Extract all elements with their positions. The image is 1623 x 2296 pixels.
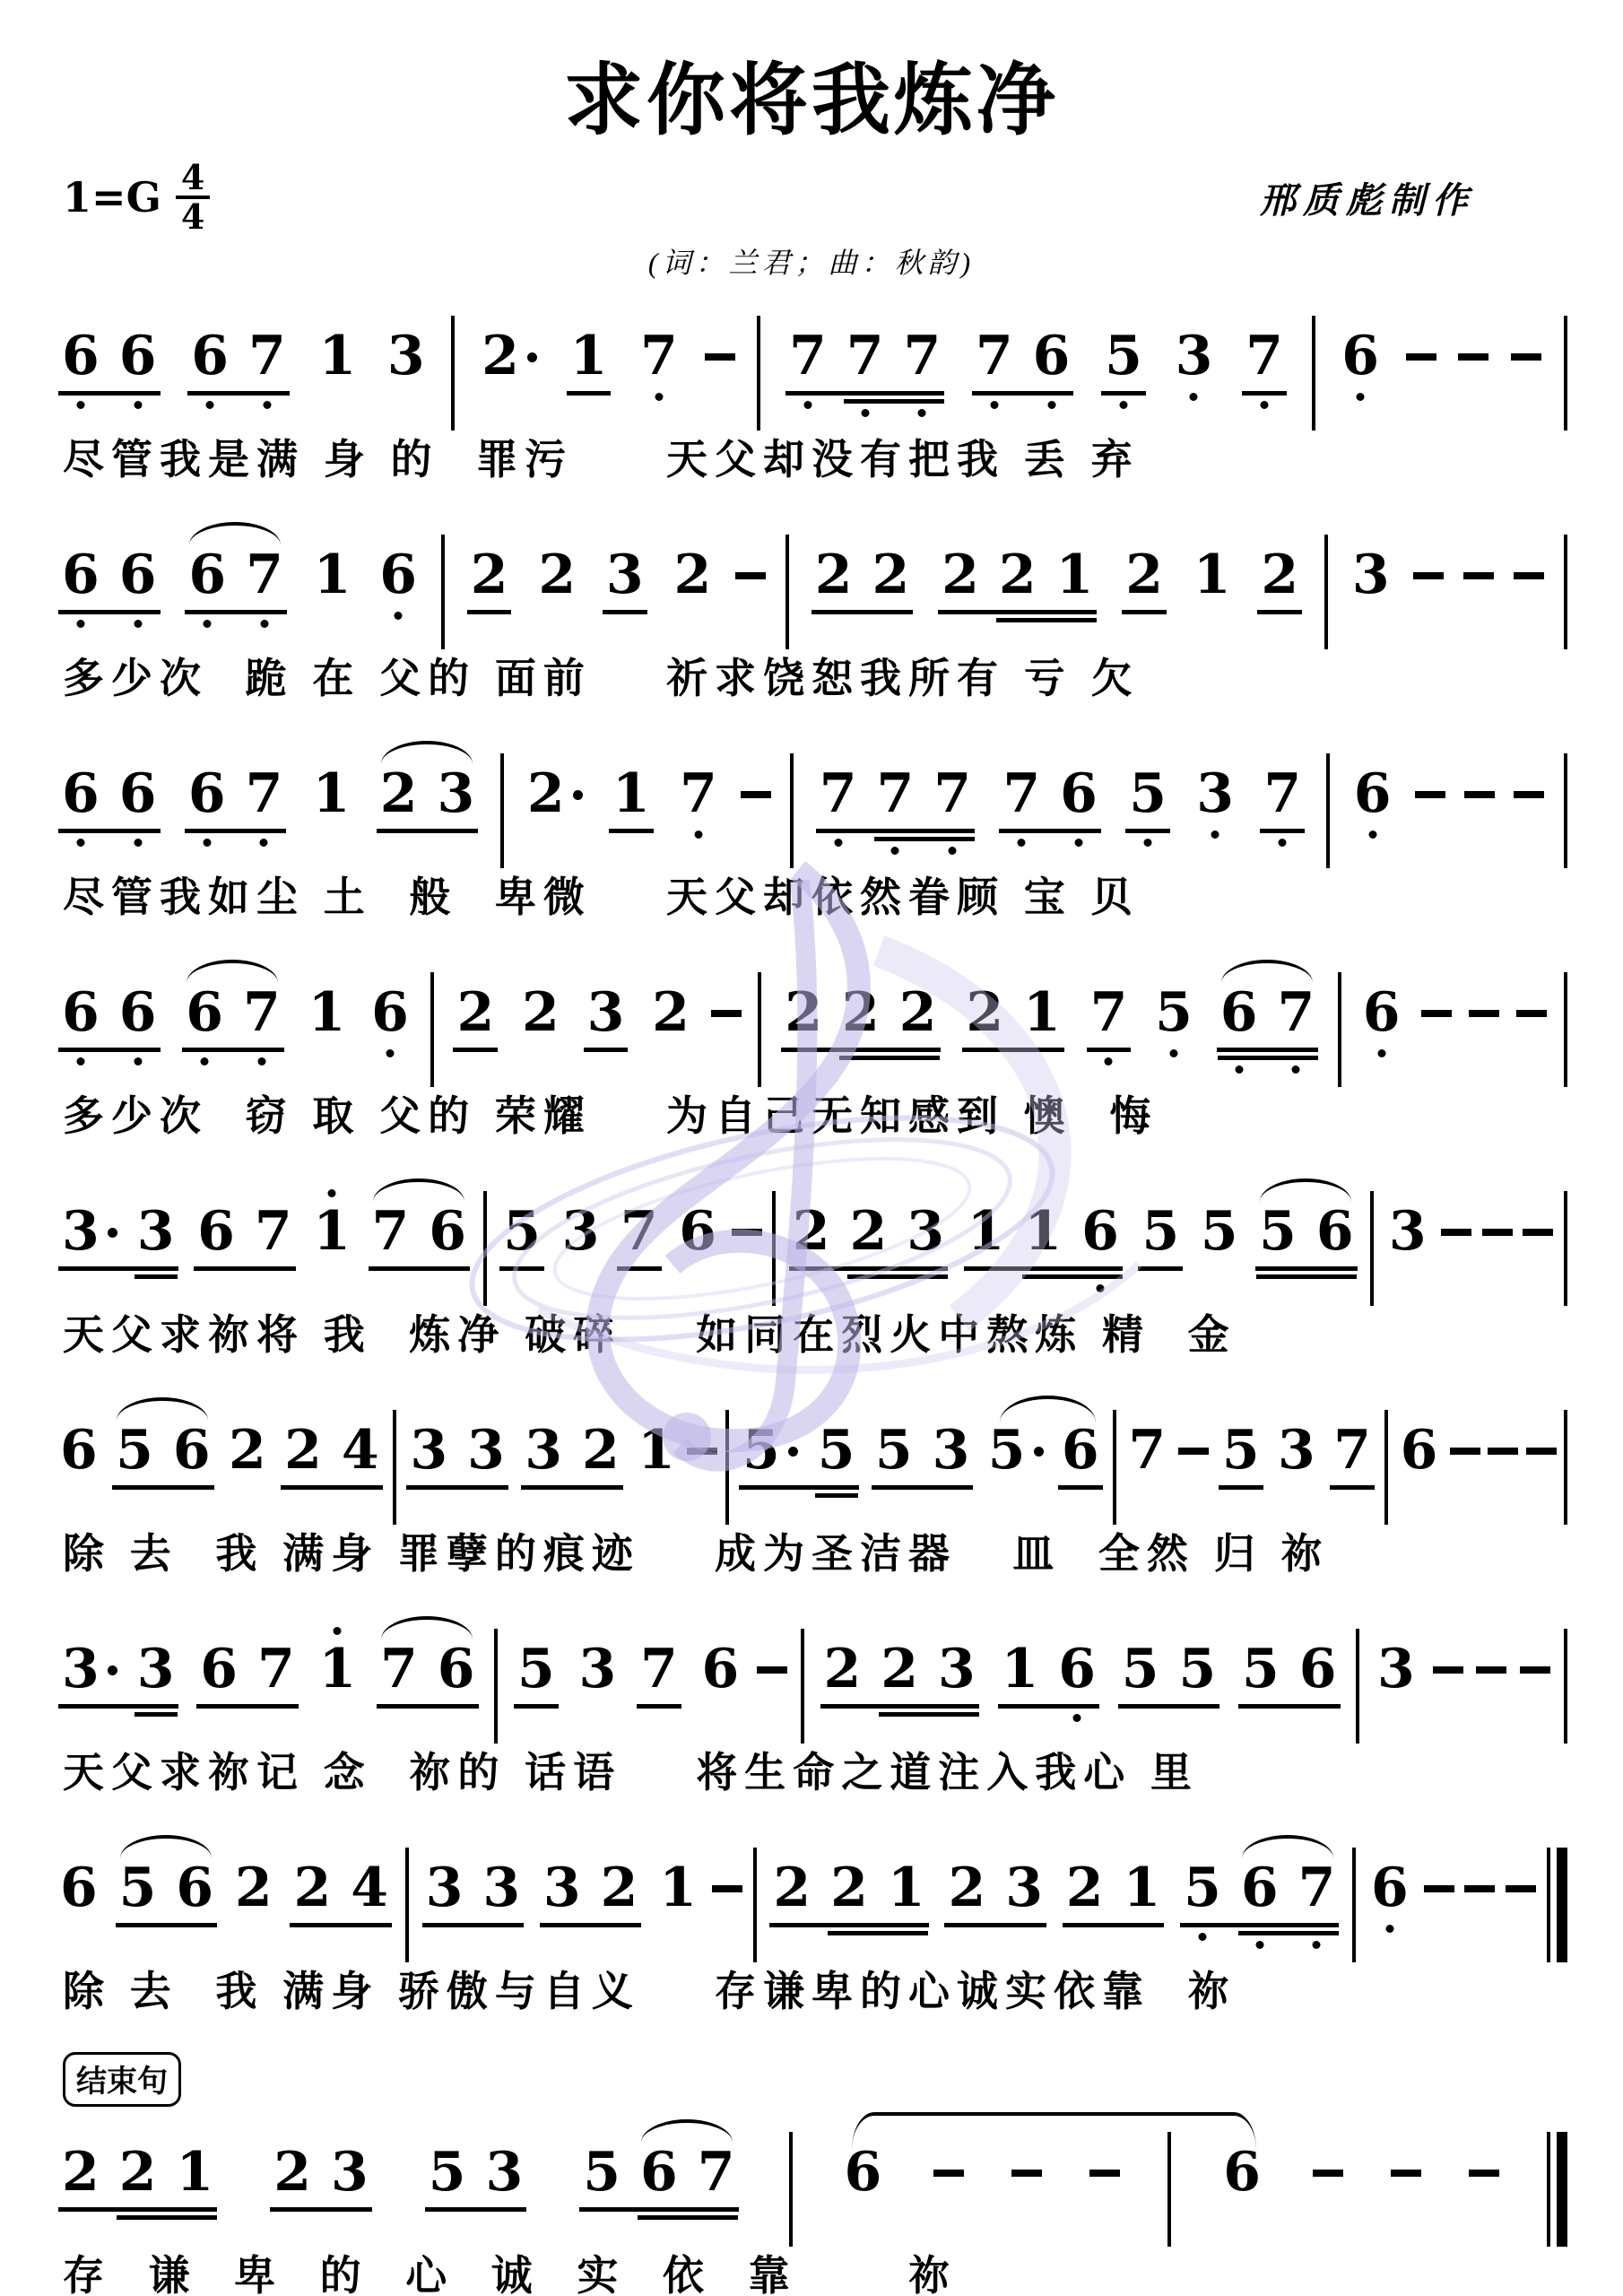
- barline: [1564, 1410, 1567, 1525]
- duration-dash: [1011, 2170, 1042, 2177]
- note: 5: [513, 1641, 560, 1699]
- slur-arc: [187, 960, 278, 983]
- note-digit: 6: [702, 1641, 740, 1699]
- score-line: 666713217777765376尽管我是满 身 的 罪污 天父却没有把我 丢…: [0, 296, 1623, 484]
- octave-dot-low: [1073, 1714, 1081, 1722]
- note: 7: [1241, 328, 1288, 386]
- note-group: 76: [374, 1641, 482, 1699]
- note: 1: [883, 1860, 930, 1918]
- barline: [1338, 972, 1341, 1087]
- octave-dot-low: [1357, 393, 1365, 401]
- barline: [757, 316, 760, 430]
- score-line: 6667123217777765376尽管我如尘 土 般 卑微 天父却依然眷顾 …: [0, 734, 1623, 922]
- note-digit: 2: [527, 766, 565, 823]
- octave-dot-low: [1047, 401, 1055, 409]
- beam-line-16th: [828, 1931, 928, 1935]
- barline: [1312, 316, 1315, 430]
- note-group: 5: [497, 1204, 547, 1261]
- note: 2: [577, 1422, 624, 1480]
- barline: [789, 2132, 793, 2247]
- beam-line: [1087, 1048, 1132, 1052]
- note-digit: 7: [698, 2144, 735, 2202]
- lyrics-line: 多少次 跪 在 父的 面前 祈求饶恕我所有 亏 欠: [63, 653, 1567, 703]
- beam-line-16th: [638, 2215, 738, 2220]
- octave-dot-low: [918, 409, 926, 417]
- augmentation-dot: [108, 1665, 117, 1675]
- beam-line: [422, 1923, 525, 1927]
- note: 3: [1373, 1641, 1419, 1699]
- barline: [1370, 1191, 1374, 1306]
- note-digit: 3: [587, 985, 625, 1042]
- note-group: 66: [56, 985, 163, 1042]
- final-barline-thin: [1547, 2132, 1550, 2247]
- beam-line: [944, 1923, 1046, 1927]
- note-digit: 7: [680, 766, 717, 823]
- note: 1: [308, 766, 355, 823]
- beam-line-16th: [844, 399, 944, 404]
- note-digit: 7: [380, 1641, 418, 1699]
- beam-line: [194, 1266, 296, 1271]
- note-group: 32: [518, 1422, 626, 1480]
- note: 6: [1077, 1204, 1124, 1261]
- note-digit: 6: [186, 985, 223, 1042]
- note-digit: 2: [830, 1860, 868, 1918]
- note-digit: 3: [938, 1641, 976, 1699]
- note: 2: [224, 1422, 271, 1480]
- note-digit: 3: [137, 1641, 175, 1699]
- beam-line: [998, 1704, 1100, 1709]
- note: 6: [1057, 1422, 1104, 1480]
- beam-line-16th: [1256, 1274, 1357, 1279]
- note-group: 3: [581, 985, 631, 1042]
- note-digit: 1: [659, 1860, 697, 1918]
- beam-line: [1125, 829, 1170, 833]
- note-group: 76: [996, 766, 1104, 823]
- note-digit: 6: [1241, 1860, 1279, 1918]
- note-digit: 6: [429, 1204, 466, 1261]
- note-digit: 6: [1299, 1641, 1337, 1699]
- note: 2: [895, 985, 942, 1042]
- note: 1: [314, 328, 360, 386]
- note: 7: [785, 328, 831, 386]
- note-group: 23: [267, 2144, 375, 2202]
- beam-line: [567, 391, 612, 396]
- note-digit: 3: [1196, 766, 1234, 823]
- duration-dash: [1469, 1010, 1499, 1017]
- note-digit: 2: [966, 985, 1003, 1042]
- note: 5: [1175, 1641, 1221, 1699]
- duration-dash: [1450, 1448, 1480, 1455]
- note: 2: [876, 1641, 923, 1699]
- beam-line-16th: [815, 1493, 858, 1498]
- note-digit: 1: [313, 1204, 351, 1261]
- note: 2: [1256, 547, 1303, 604]
- barline: [1356, 1629, 1359, 1744]
- barline: [441, 535, 445, 649]
- beam-line: [58, 391, 161, 396]
- note-group: 223: [818, 1641, 982, 1699]
- note: 3: [57, 1641, 122, 1699]
- duration-dash: [1511, 353, 1541, 361]
- note-group: 33: [56, 1204, 181, 1261]
- note-group: 3: [600, 547, 650, 604]
- barline: [1564, 535, 1567, 649]
- note: 3: [1348, 547, 1394, 604]
- note-digit: 5: [1179, 1641, 1217, 1699]
- note-digit: 5: [1184, 1860, 1221, 1918]
- note-group: 67: [185, 328, 292, 386]
- note-digit: 3: [1005, 1860, 1043, 1918]
- note-group: 23: [374, 766, 482, 823]
- note-digit: 2: [284, 1422, 322, 1480]
- note-digit: 6: [1401, 1422, 1438, 1480]
- notes-row: 66671622322222175676: [56, 952, 1567, 1087]
- note-digit: 1: [177, 2144, 214, 2202]
- note-digit: 3: [426, 1860, 464, 1918]
- note-digit: 6: [60, 1422, 98, 1480]
- octave-dot-low: [134, 620, 142, 628]
- beam-line: [406, 1485, 508, 1490]
- octave-dot-low: [1292, 1065, 1300, 1074]
- beam-line: [1238, 1704, 1341, 1709]
- duration-dash: [1516, 1010, 1547, 1017]
- note: 6: [115, 547, 161, 604]
- octave-dot-low: [1018, 839, 1026, 847]
- note: 6: [1055, 766, 1102, 823]
- note: 7: [241, 547, 288, 604]
- note-digit: 6: [371, 985, 409, 1042]
- note-digit: 6: [188, 766, 226, 823]
- note-digit: 5: [429, 2144, 466, 2202]
- note-group: 24: [287, 1860, 395, 1918]
- note: 6: [1312, 1204, 1358, 1261]
- octave-dot-low: [76, 401, 84, 409]
- octave-dot-low: [76, 620, 84, 628]
- note-digit: 5: [875, 1422, 913, 1480]
- note: 2: [826, 1860, 872, 1918]
- note: 2: [596, 1860, 643, 1918]
- key-signature: 1= G 4 4: [63, 160, 210, 235]
- note-group: 221: [935, 547, 1099, 604]
- beam-line: [739, 1485, 859, 1490]
- note: 2: [937, 547, 984, 604]
- duration-dash: [1488, 1448, 1518, 1455]
- note-digit: 2: [1261, 547, 1298, 604]
- note-digit: 3: [467, 1422, 505, 1480]
- note: 7: [971, 328, 1018, 386]
- beam-line: [369, 1266, 471, 1271]
- note-digit: 3: [437, 766, 474, 823]
- duration-dash: [1469, 2170, 1499, 2177]
- note: 3: [520, 1422, 567, 1480]
- page-title: 求你将我炼净: [0, 38, 1623, 151]
- note-digit: 6: [1341, 328, 1379, 386]
- note-digit: 1: [968, 1204, 1005, 1261]
- note-digit: 1: [638, 1422, 675, 1480]
- note: 3: [928, 1422, 975, 1480]
- augmentation-dot: [108, 1228, 117, 1238]
- note: 7: [929, 766, 976, 823]
- note: 2: [768, 1860, 815, 1918]
- note-group: 7: [634, 1641, 684, 1699]
- note-group: 1: [564, 328, 614, 386]
- score-line: 6667162232222212123多少次 跪 在 父的 面前 祈求饶恕我所有…: [0, 515, 1623, 703]
- note: 7: [368, 1204, 414, 1261]
- barline: [753, 1848, 757, 1962]
- barline: [790, 753, 794, 868]
- note-group: 32: [537, 1860, 645, 1918]
- note-digit: 2: [601, 1860, 638, 1918]
- barline: [1564, 972, 1567, 1087]
- note-digit: 1: [313, 766, 351, 823]
- beam-line: [58, 1704, 178, 1709]
- duration-dash: [1464, 1885, 1495, 1892]
- note: 3: [57, 1204, 122, 1261]
- duration-dash: [1464, 791, 1495, 798]
- beam-line: [816, 829, 975, 833]
- octave-dot-low: [1235, 1065, 1243, 1074]
- note-digit: 3: [62, 1204, 100, 1261]
- note: 2: [289, 1860, 335, 1918]
- note-digit: 2: [538, 547, 576, 604]
- barline: [451, 316, 455, 430]
- note-digit: 6: [438, 1641, 475, 1699]
- beam-line: [769, 1923, 928, 1927]
- octave-dot-low: [395, 612, 403, 620]
- note-digit: 3: [606, 547, 644, 604]
- note: 1: [633, 1422, 680, 1480]
- note-digit: 6: [119, 766, 157, 823]
- note-digit: 7: [255, 1204, 292, 1261]
- note-digit: 7: [976, 328, 1013, 386]
- note-digit: 1: [1002, 1641, 1039, 1699]
- duration-dash: [1089, 2170, 1120, 2177]
- note-digit: 2: [824, 1641, 862, 1699]
- beam-line: [1257, 610, 1302, 614]
- note-group: 777: [813, 766, 977, 823]
- note: 6: [169, 1422, 215, 1480]
- duration-dash: [1476, 1666, 1506, 1674]
- beam-line: [187, 391, 290, 396]
- note: 6: [1028, 328, 1075, 386]
- beam-line: [1101, 391, 1146, 396]
- note: 3: [1384, 1204, 1431, 1261]
- note-digit: 5: [1129, 766, 1167, 823]
- note-group: 223: [786, 1204, 950, 1261]
- note: 6: [1219, 2144, 1265, 2202]
- duration-dash: [1506, 1885, 1536, 1892]
- note-group: 1: [606, 766, 656, 823]
- octave-dot-low: [201, 1057, 209, 1065]
- lyrics-line: 除 去 我 满身 罪孽的痕迹 成为圣洁器 皿 全然 归 祢: [63, 1528, 1567, 1578]
- note-digit: 7: [1333, 1422, 1371, 1480]
- beam-line: [962, 1048, 1064, 1052]
- note-digit: 3: [1352, 547, 1390, 604]
- notes-row: 336717653762231655563: [56, 1609, 1567, 1744]
- note: 1: [963, 1204, 1010, 1261]
- note-group: 7: [1239, 328, 1289, 386]
- duration-dash: [711, 1010, 742, 1017]
- note-group: 76: [366, 1204, 473, 1261]
- beam-line-16th: [874, 837, 975, 841]
- duration-dash: [1482, 1229, 1513, 1236]
- note: 7: [675, 766, 722, 823]
- note-digit: 1: [1023, 985, 1061, 1042]
- note: 7: [250, 1204, 297, 1261]
- note-digit: 7: [257, 1641, 295, 1699]
- beam-line: [972, 391, 1074, 396]
- note-digit: 5: [1141, 1204, 1179, 1261]
- beam-line: [453, 1048, 498, 1052]
- note: 2: [994, 547, 1041, 604]
- note-group: 56: [109, 1422, 217, 1480]
- note-group: 7: [1257, 766, 1307, 823]
- note-digit: 6: [188, 547, 226, 604]
- duration-dash: [1526, 1448, 1557, 1455]
- beam-line: [811, 610, 914, 614]
- duration-dash: [735, 572, 766, 579]
- note-group: 567: [577, 2144, 741, 2202]
- key-letter: G: [126, 173, 161, 222]
- slur-arc: [189, 522, 281, 545]
- note: 3: [902, 1204, 949, 1261]
- note: 2: [780, 985, 827, 1042]
- meter-denominator: 4: [181, 199, 204, 235]
- duration-dash: [1406, 353, 1436, 361]
- note-digit: 7: [789, 328, 827, 386]
- note-digit: 7: [820, 766, 857, 823]
- barline: [1564, 1191, 1567, 1306]
- note-digit: 7: [372, 1204, 410, 1261]
- beam-line: [540, 1923, 642, 1927]
- duration-dash: [1458, 353, 1488, 361]
- note-digit: 7: [1263, 766, 1301, 823]
- note-group: 221: [56, 2144, 220, 2202]
- note-digit: 6: [845, 2144, 882, 2202]
- duration-dash: [1415, 791, 1445, 798]
- octave-dot-low: [1255, 1941, 1263, 1949]
- octave-dot-low: [386, 1049, 395, 1057]
- note-group: 55: [1115, 1641, 1223, 1699]
- note: 5: [1124, 766, 1171, 823]
- beam-line: [58, 1266, 178, 1271]
- barline: [393, 1410, 396, 1525]
- beam-line: [820, 1704, 979, 1709]
- note: 6: [56, 1422, 102, 1480]
- note-digit: 6: [119, 328, 157, 386]
- note-digit: 2: [785, 985, 822, 1042]
- note: 7: [253, 1641, 299, 1699]
- final-barline: [1547, 2132, 1567, 2247]
- note: 5: [813, 1422, 860, 1480]
- note-digit: 3: [331, 2144, 369, 2202]
- note-digit: 7: [246, 547, 283, 604]
- note-digit: 5: [1259, 1204, 1297, 1261]
- lyrics-line: 除 去 我 满身 骄傲与自义 存谦卑的心诚实依靠 祢: [63, 1966, 1567, 2016]
- note-digit: 6: [62, 766, 100, 823]
- note: 6: [1237, 1860, 1283, 1918]
- barline: [1352, 1848, 1356, 1962]
- octave-dot-low: [1385, 1925, 1393, 1933]
- note: 7: [239, 985, 285, 1042]
- note-group: 23: [942, 1860, 1049, 1918]
- beam-line: [785, 391, 944, 396]
- note-digit: 6: [1220, 985, 1258, 1042]
- beam-line: [58, 2207, 217, 2212]
- note-digit: 4: [342, 1422, 379, 1480]
- note: 6: [115, 328, 161, 386]
- octave-dot-low: [949, 847, 957, 855]
- beam-line: [1180, 1923, 1339, 1927]
- lyrics-line: 存 谦 卑 的 心 诚 实 依 靠 祢: [63, 2250, 1567, 2296]
- beam-line: [789, 1266, 948, 1271]
- note-digit: 2: [674, 547, 712, 604]
- note-digit: 2: [456, 985, 494, 1042]
- note: 1: [308, 1204, 355, 1261]
- key-prefix: 1=: [63, 173, 126, 222]
- note: 3: [602, 547, 648, 604]
- note: 3: [432, 766, 479, 823]
- note: 2: [868, 547, 915, 604]
- note-digit: 2: [1125, 547, 1163, 604]
- octave-dot-low: [263, 401, 271, 409]
- duration-dash: [1441, 1229, 1471, 1236]
- note: 6: [1350, 766, 1396, 823]
- note-group: 33: [404, 1422, 511, 1480]
- note-digit: 3: [387, 328, 425, 386]
- note-digit: 3: [1176, 328, 1213, 386]
- note-digit: 3: [562, 1204, 600, 1261]
- note: 5: [1237, 1641, 1284, 1699]
- note-digit: 7: [1245, 328, 1283, 386]
- score-line: 336717653762231655563天父求祢记 念 祢的 话语 将生命之道…: [0, 1609, 1623, 1797]
- note-digit: 7: [846, 328, 884, 386]
- note-digit: 5: [818, 1422, 855, 1480]
- beam-line: [185, 610, 287, 614]
- note: 2: [820, 1641, 866, 1699]
- notes-row: 6667162232222212123: [56, 515, 1567, 649]
- note-digit: 7: [1002, 766, 1040, 823]
- note-digit: 2: [522, 985, 560, 1042]
- duration-dash: [1313, 2170, 1343, 2177]
- note-group: 67: [1214, 985, 1322, 1042]
- barline: [1564, 1629, 1567, 1744]
- note: 7: [616, 1204, 663, 1261]
- score-line: 66671622322222175676多少次 窃 取 父的 荣耀 为自己无知感…: [0, 952, 1623, 1141]
- note: 2: [1121, 547, 1167, 604]
- octave-dot-low: [1190, 393, 1198, 401]
- note: 6: [424, 1204, 471, 1261]
- beam-line: [637, 1704, 681, 1709]
- note-digit: 3: [1377, 1641, 1415, 1699]
- duration-dash: [741, 791, 771, 798]
- note-digit: 2: [850, 1204, 888, 1261]
- note-digit: 2: [471, 547, 508, 604]
- note: 7: [898, 328, 945, 386]
- note: 1: [1020, 1204, 1066, 1261]
- note-group: 16: [995, 1641, 1103, 1699]
- beam-line: [1122, 610, 1167, 614]
- note-group: 67: [182, 547, 290, 604]
- octave-dot-low: [1377, 1049, 1385, 1057]
- octave-dot-high: [334, 1627, 342, 1635]
- note-group: 2: [1254, 547, 1305, 604]
- note-digit: 3: [482, 1860, 520, 1918]
- note-digit: 1: [612, 766, 650, 823]
- duration-dash: [1520, 1666, 1550, 1674]
- beam-line-16th: [839, 1056, 940, 1060]
- note-digit: 6: [1033, 328, 1071, 386]
